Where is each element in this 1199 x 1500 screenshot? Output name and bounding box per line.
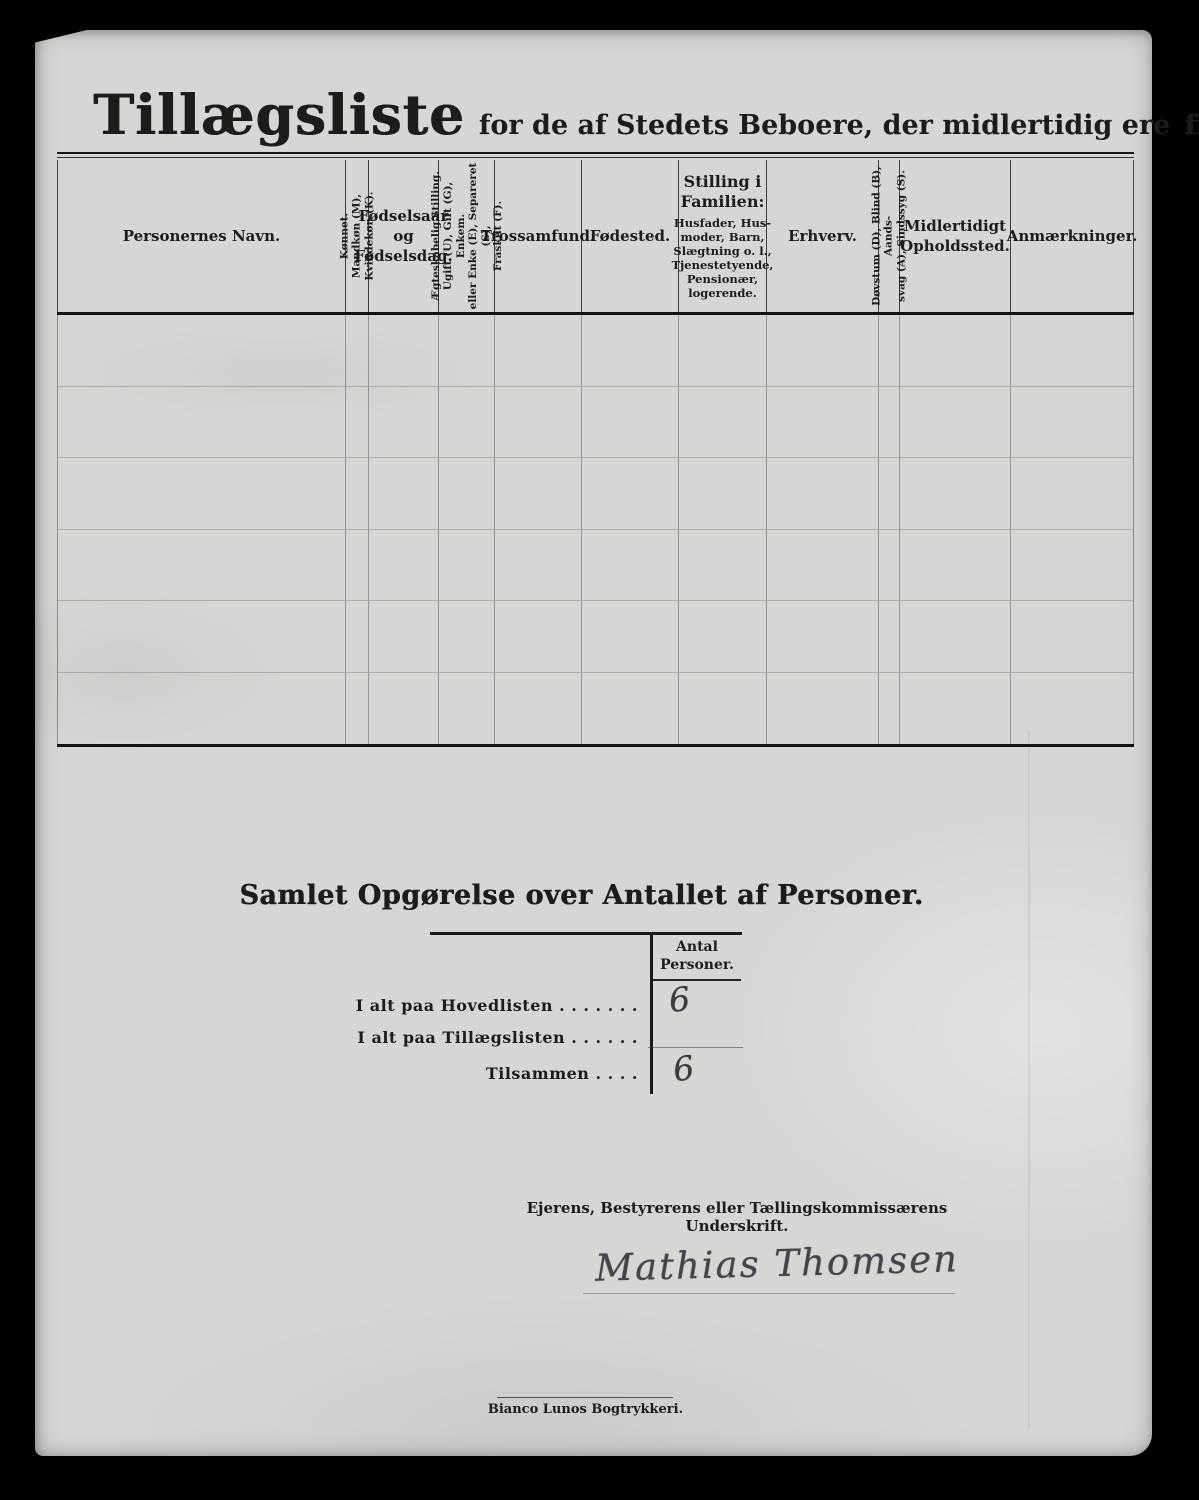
- table-cell: [767, 387, 879, 459]
- printer-rule: [497, 1397, 673, 1398]
- summary-mid-rule: [648, 1047, 743, 1048]
- table-cell: [679, 387, 767, 459]
- table-cell: [369, 458, 439, 530]
- document-subtitle: for de af Stedets Beboere, der midlertid…: [479, 110, 1171, 141]
- table-cell: [582, 601, 679, 673]
- table-cell: [58, 673, 346, 745]
- table-cell: [369, 315, 439, 387]
- summary-row-main-list-label: I alt paa Hovedlisten . . . . . . .: [285, 996, 638, 1015]
- table-cell: [900, 673, 1011, 745]
- table-cell: [879, 673, 900, 745]
- table-cell: [439, 458, 495, 530]
- table-cell: [346, 530, 369, 602]
- table-cell: [346, 601, 369, 673]
- table-cell: [495, 673, 582, 745]
- document-title: Tillægsliste: [93, 82, 465, 147]
- table-cell: [58, 315, 346, 387]
- table-cell: [1011, 315, 1133, 387]
- table-cell: [495, 387, 582, 459]
- table-cell: [679, 530, 767, 602]
- table-cell: [1011, 673, 1133, 745]
- printer-imprint: Bianco Lunos Bogtrykkeri.: [463, 1402, 708, 1417]
- table-cell: [495, 530, 582, 602]
- table-cell: [582, 315, 679, 387]
- table-cell: [879, 315, 900, 387]
- table-cell: [900, 458, 1011, 530]
- signature-caption: Ejerens, Bestyrerens eller Tællingskommi…: [477, 1199, 997, 1235]
- table-cell: [439, 673, 495, 745]
- summary-top-rule: [430, 932, 742, 935]
- table-cell: [58, 458, 346, 530]
- table-cell: [582, 530, 679, 602]
- summary-row-total-value: 6: [671, 1051, 696, 1087]
- table-cell: [582, 387, 679, 459]
- table-cell: [900, 530, 1011, 602]
- table-cell: [900, 387, 1011, 459]
- table-cell: [369, 601, 439, 673]
- table-cell: [879, 387, 900, 459]
- table-cell: [439, 530, 495, 602]
- table-cell: [1011, 601, 1133, 673]
- table-cell: [58, 530, 346, 602]
- scan-background: { "title": { "main": "Tillægsliste", "su…: [0, 0, 1199, 1500]
- table-cell: [879, 458, 900, 530]
- summary-row-main-list-value: 6: [667, 982, 691, 1017]
- table-cell: [900, 315, 1011, 387]
- table-cell: [495, 315, 582, 387]
- table-top-rule: [57, 152, 1134, 154]
- table-cell: [767, 458, 879, 530]
- summary-row-total-label: Tilsammen . . . .: [285, 1064, 638, 1083]
- table-cell: [1011, 530, 1133, 602]
- column-header-temporary-residence: Midlertidigt Opholdssted.: [900, 160, 1011, 312]
- table-cell: [369, 673, 439, 745]
- table-cell: [679, 458, 767, 530]
- table-cell: [346, 673, 369, 745]
- table-cell: [495, 601, 582, 673]
- table-cell: [900, 601, 1011, 673]
- family-position-title: Stilling i Familien:: [681, 172, 765, 212]
- table-cell: [582, 673, 679, 745]
- column-header-birthplace: Fødested.: [582, 160, 679, 312]
- summary-row-supplement-list-label: I alt paa Tillægslisten . . . . . .: [285, 1028, 638, 1047]
- signature-underline: [583, 1293, 955, 1294]
- document-subtitle-emphasis: fraværende.: [1184, 110, 1199, 141]
- table-top-rule-thin: [57, 157, 1134, 158]
- table-cell: [1011, 387, 1133, 459]
- table-cell: [879, 601, 900, 673]
- table-cell: [346, 387, 369, 459]
- column-header-family-position: Stilling i Familien: Husfader, Hus- mode…: [679, 160, 767, 312]
- table-cell: [369, 387, 439, 459]
- table-cell: [767, 315, 879, 387]
- column-header-name: Personernes Navn.: [58, 160, 346, 312]
- paper-crease: [1028, 730, 1030, 1430]
- table-cell: [439, 601, 495, 673]
- table-cell: [679, 315, 767, 387]
- table-header-row: Personernes Navn. Kønnet. Mandkøn (M), K…: [57, 160, 1134, 312]
- table-cell: [879, 530, 900, 602]
- table-cell: [679, 673, 767, 745]
- table-cell: [767, 601, 879, 673]
- table-cell: [767, 530, 879, 602]
- column-header-occupation: Erhverv.: [767, 160, 879, 312]
- family-position-detail: Husfader, Hus- moder, Barn, Slægtning o.…: [672, 216, 774, 300]
- table-cell: [1011, 458, 1133, 530]
- table-cell: [767, 673, 879, 745]
- table-cell: [582, 458, 679, 530]
- table-cell: [58, 601, 346, 673]
- table-bottom-rule: [57, 744, 1134, 747]
- table-cell: [679, 601, 767, 673]
- signature-handwriting: Mathias Thomsen: [587, 1237, 968, 1290]
- table-cell: [346, 458, 369, 530]
- table-cell: [58, 387, 346, 459]
- column-header-religion: Trossamfund.: [495, 160, 582, 312]
- column-header-disabilities: Døvstum (D), Blind (B), Aands- svag (A),…: [879, 160, 900, 312]
- document-header: Tillægsliste for de af Stedets Beboere, …: [93, 82, 1123, 147]
- summary-count-header: Antal Personer.: [653, 938, 741, 974]
- table-cell: [439, 387, 495, 459]
- column-header-birthdate: Fødselsaar og Fødselsdag.: [369, 160, 439, 312]
- table-cell: [495, 458, 582, 530]
- table-cell: [439, 315, 495, 387]
- column-header-remarks: Anmærkninger.: [1011, 160, 1133, 312]
- table-body: [57, 315, 1134, 744]
- table-cell: [369, 530, 439, 602]
- document-page: Tillægsliste for de af Stedets Beboere, …: [35, 30, 1152, 1456]
- summary-heading: Samlet Opgørelse over Antallet af Person…: [23, 880, 1140, 911]
- table-cell: [346, 315, 369, 387]
